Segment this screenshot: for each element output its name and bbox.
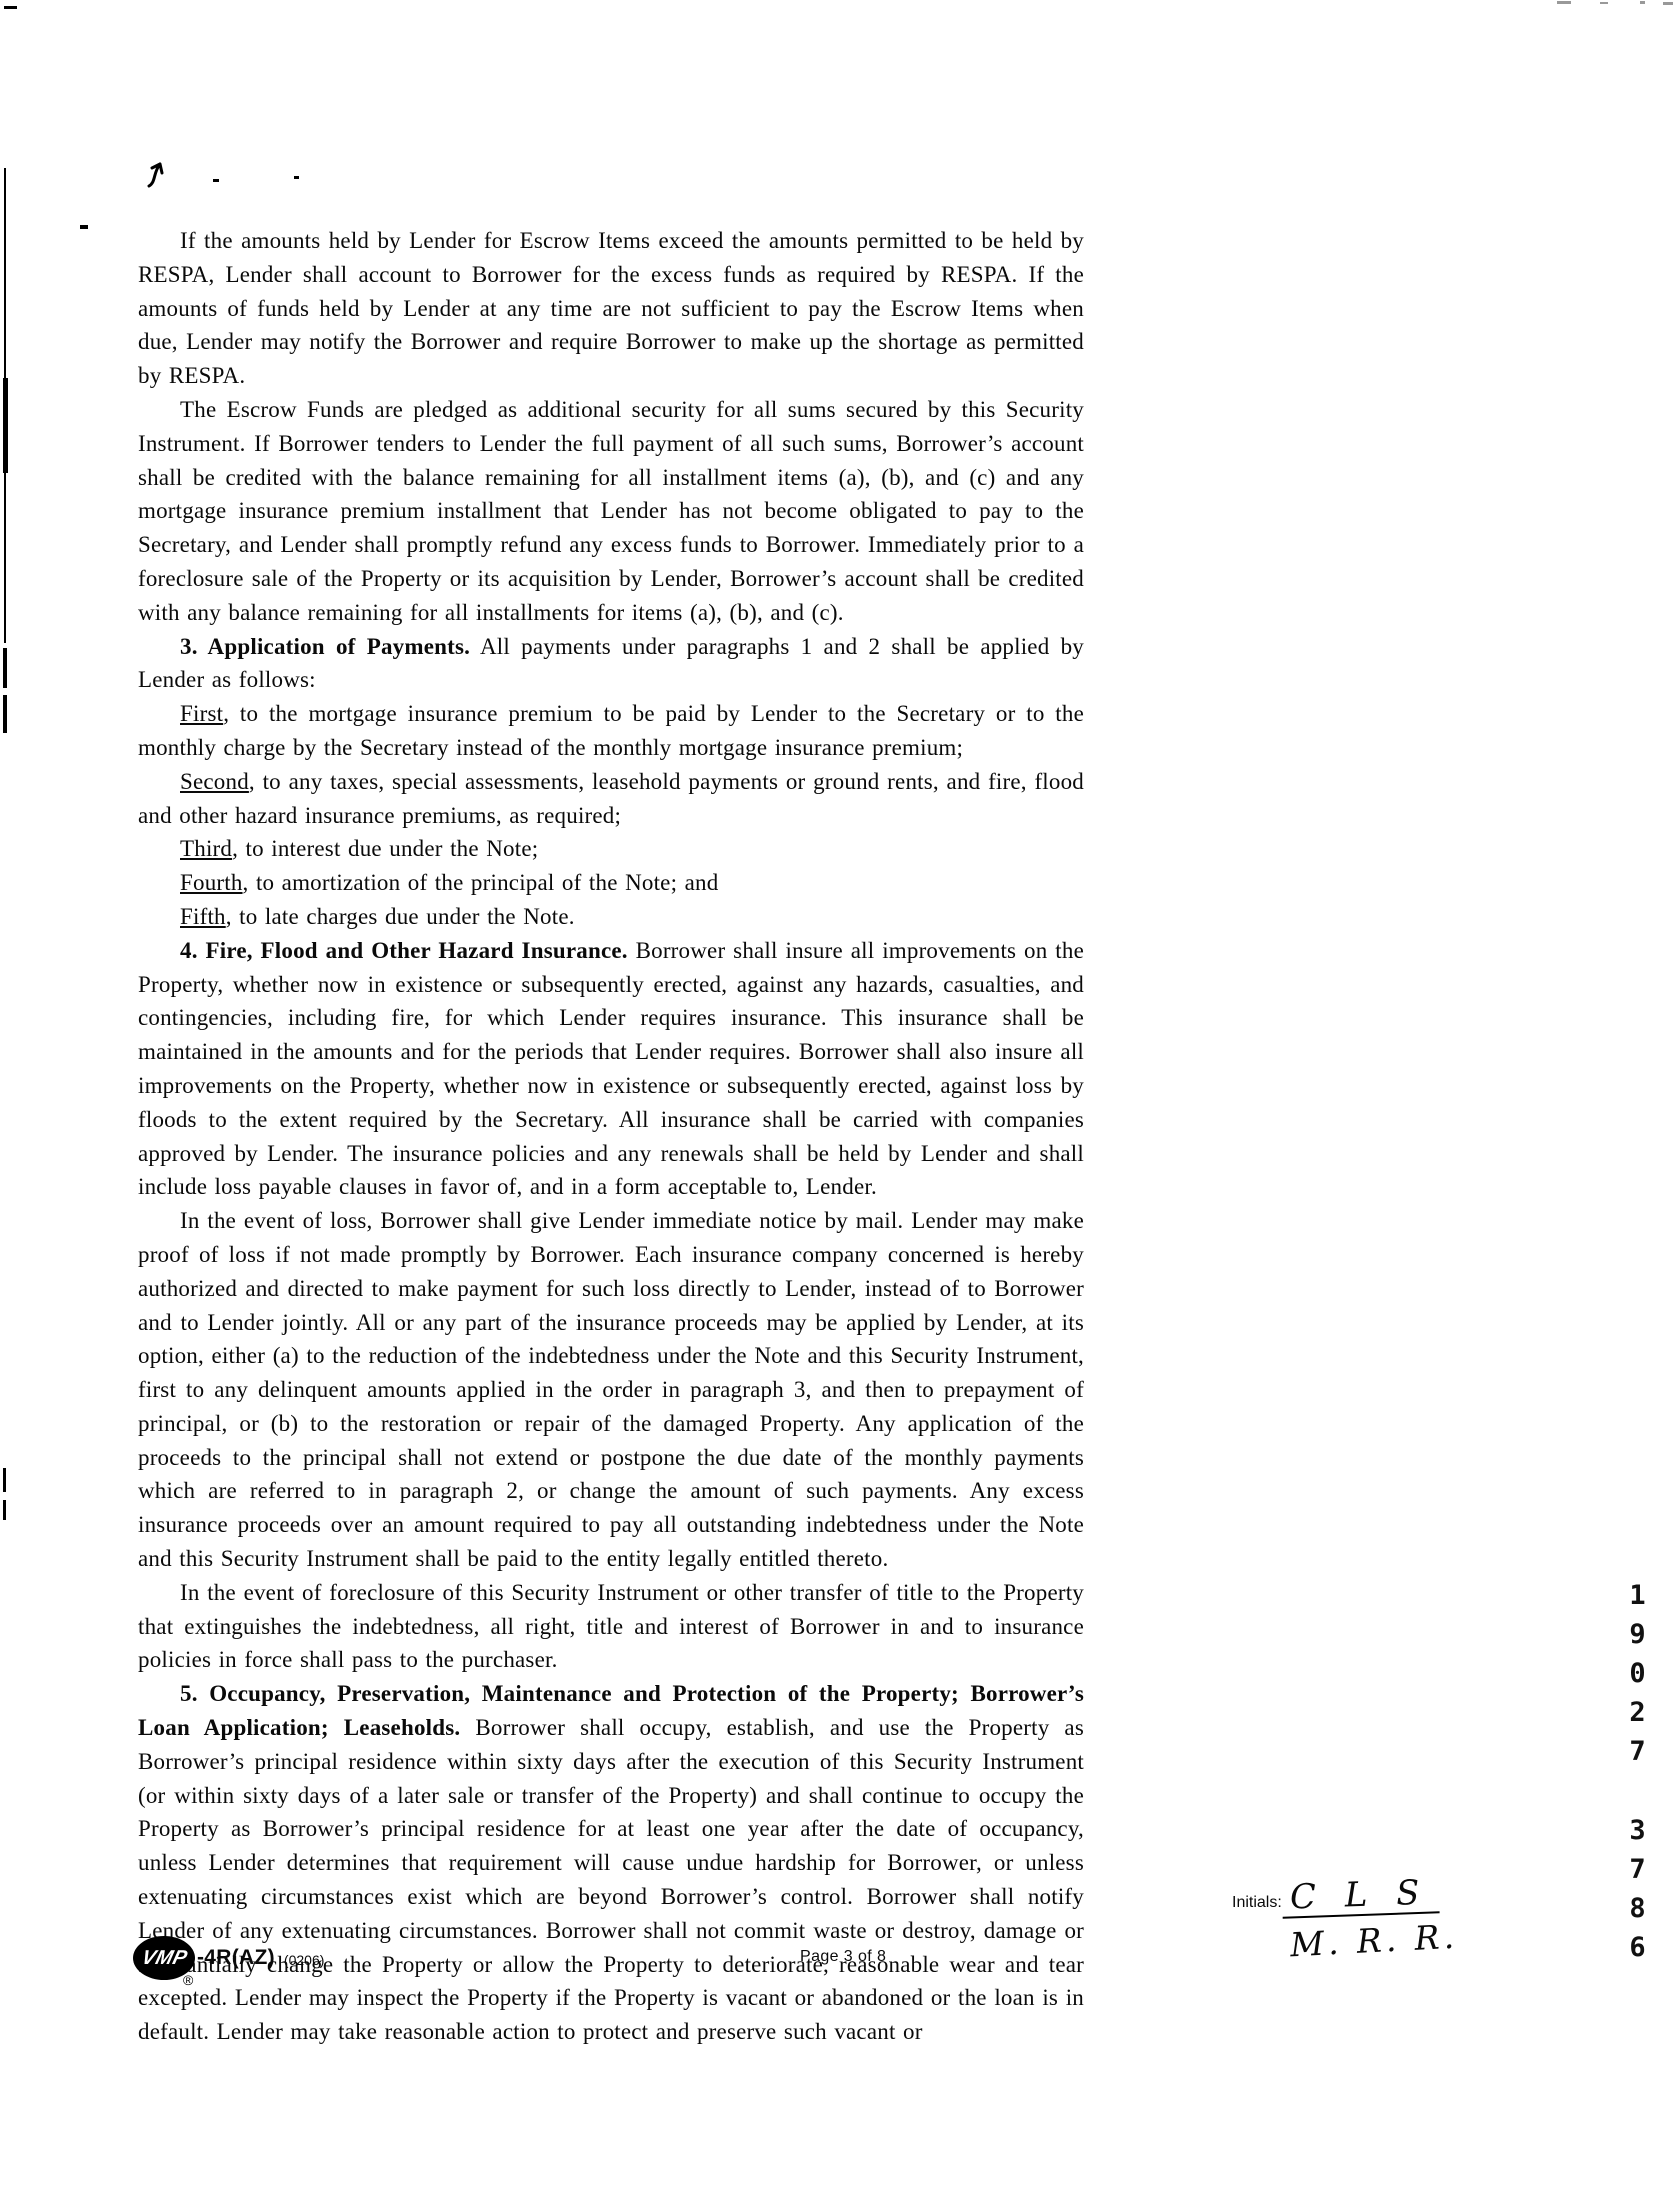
- scan-artifact-left-dash: [3, 1500, 6, 1520]
- paragraph-text: Borrower shall insure all improvements o…: [138, 938, 1084, 1200]
- scan-artifact-dot: [294, 176, 299, 179]
- vmp-logo: VMP ®: [133, 1936, 195, 1980]
- paragraph-escrow-funds-pledge: The Escrow Funds are pledged as addition…: [138, 393, 1084, 630]
- scan-artifact-top-right-speckle: [1640, 1, 1645, 4]
- paragraph-text: , to interest due under the Note;: [232, 836, 538, 861]
- section-3-application-of-payments: 3. Application of Payments. All payments…: [138, 630, 1084, 698]
- paragraph-text: , to late charges due under the Note.: [226, 904, 575, 929]
- scan-artifact-left-line: [4, 473, 6, 643]
- paragraph-text: The Escrow Funds are pledged as addition…: [138, 397, 1084, 625]
- paragraph-text: Borrower shall occupy, establish, and us…: [138, 1715, 1084, 2044]
- handwritten-pen-mark: [144, 152, 174, 192]
- scan-artifact-top-left-dash: [4, 6, 17, 9]
- paragraph-escrow-surplus: If the amounts held by Lender for Escrow…: [138, 224, 1084, 393]
- form-revision: (0206): [284, 1952, 324, 1968]
- paragraph-text: In the event of loss, Borrower shall giv…: [138, 1208, 1084, 1571]
- paragraph-text: In the event of foreclosure of this Secu…: [138, 1580, 1084, 1673]
- paragraph-text: , to the mortgage insurance premium to b…: [138, 701, 1084, 760]
- section-5-occupancy: 5. Occupancy, Preservation, Maintenance …: [138, 1677, 1084, 2049]
- form-number: -4R(AZ): [197, 1946, 275, 1970]
- paragraph-text: , to amortization of the principal of th…: [243, 870, 719, 895]
- form-identifier: VMP ® -4R(AZ) (0206): [133, 1936, 324, 1980]
- scan-artifact-left-line: [3, 378, 8, 473]
- ordinal-label: First: [180, 701, 223, 726]
- scan-artifact-left-dash: [3, 1468, 6, 1492]
- margin-reference-numbers: 19027 3786: [1624, 1580, 1651, 1971]
- paragraph-event-of-loss: In the event of loss, Borrower shall giv…: [138, 1204, 1084, 1576]
- handwritten-initials-second: M. R. R.: [1289, 1920, 1458, 1962]
- registered-trademark-symbol: ®: [183, 1972, 193, 1988]
- ordinal-second: Second, to any taxes, special assessment…: [138, 765, 1084, 833]
- ordinal-label: Fifth: [180, 904, 226, 929]
- ordinal-first: First, to the mortgage insurance premium…: [138, 697, 1084, 765]
- ordinal-third: Third, to interest due under the Note;: [138, 832, 1084, 866]
- paragraph-event-of-foreclosure: In the event of foreclosure of this Secu…: [138, 1576, 1084, 1677]
- scan-artifact-top-right-speckle: [1663, 2, 1673, 5]
- document-body: If the amounts held by Lender for Escrow…: [138, 224, 1084, 2049]
- scanned-document-page: If the amounts held by Lender for Escrow…: [0, 0, 1679, 2209]
- scan-artifact-left-line: [3, 648, 7, 688]
- page-indicator: Page 3 of 8: [800, 1948, 886, 1966]
- initials-label: Initials:: [1232, 1894, 1282, 1916]
- initials-row: Initials:C L S: [1232, 1878, 1458, 1916]
- scan-artifact-dot: [213, 179, 219, 182]
- margin-number-group: 19027: [1624, 1580, 1651, 1775]
- margin-number-group: 3786: [1624, 1815, 1651, 1971]
- paragraph-text: , to any taxes, special assessments, lea…: [138, 769, 1084, 828]
- ordinal-label: Fourth: [180, 870, 243, 895]
- initials-block: Initials:C L S M. R. R.: [1232, 1878, 1458, 1957]
- section-heading: 4. Fire, Flood and Other Hazard Insuranc…: [180, 938, 628, 963]
- vmp-logo-text: VMP: [139, 1947, 190, 1970]
- scan-artifact-left-line: [3, 695, 7, 733]
- scan-artifact-dot: [80, 225, 88, 229]
- ordinal-label: Third: [180, 836, 232, 861]
- scan-artifact-left-line: [4, 168, 6, 378]
- ordinal-label: Second: [180, 769, 249, 794]
- ordinal-fourth: Fourth, to amortization of the principal…: [138, 866, 1084, 900]
- scan-artifact-top-right-speckle: [1557, 1, 1571, 4]
- section-4-hazard-insurance: 4. Fire, Flood and Other Hazard Insuranc…: [138, 934, 1084, 1204]
- scan-artifact-top-right-speckle: [1600, 2, 1608, 4]
- paragraph-text: If the amounts held by Lender for Escrow…: [138, 228, 1084, 388]
- handwritten-initials: C L S: [1281, 1875, 1439, 1918]
- section-heading: 3. Application of Payments.: [180, 634, 470, 659]
- ordinal-fifth: Fifth, to late charges due under the Not…: [138, 900, 1084, 934]
